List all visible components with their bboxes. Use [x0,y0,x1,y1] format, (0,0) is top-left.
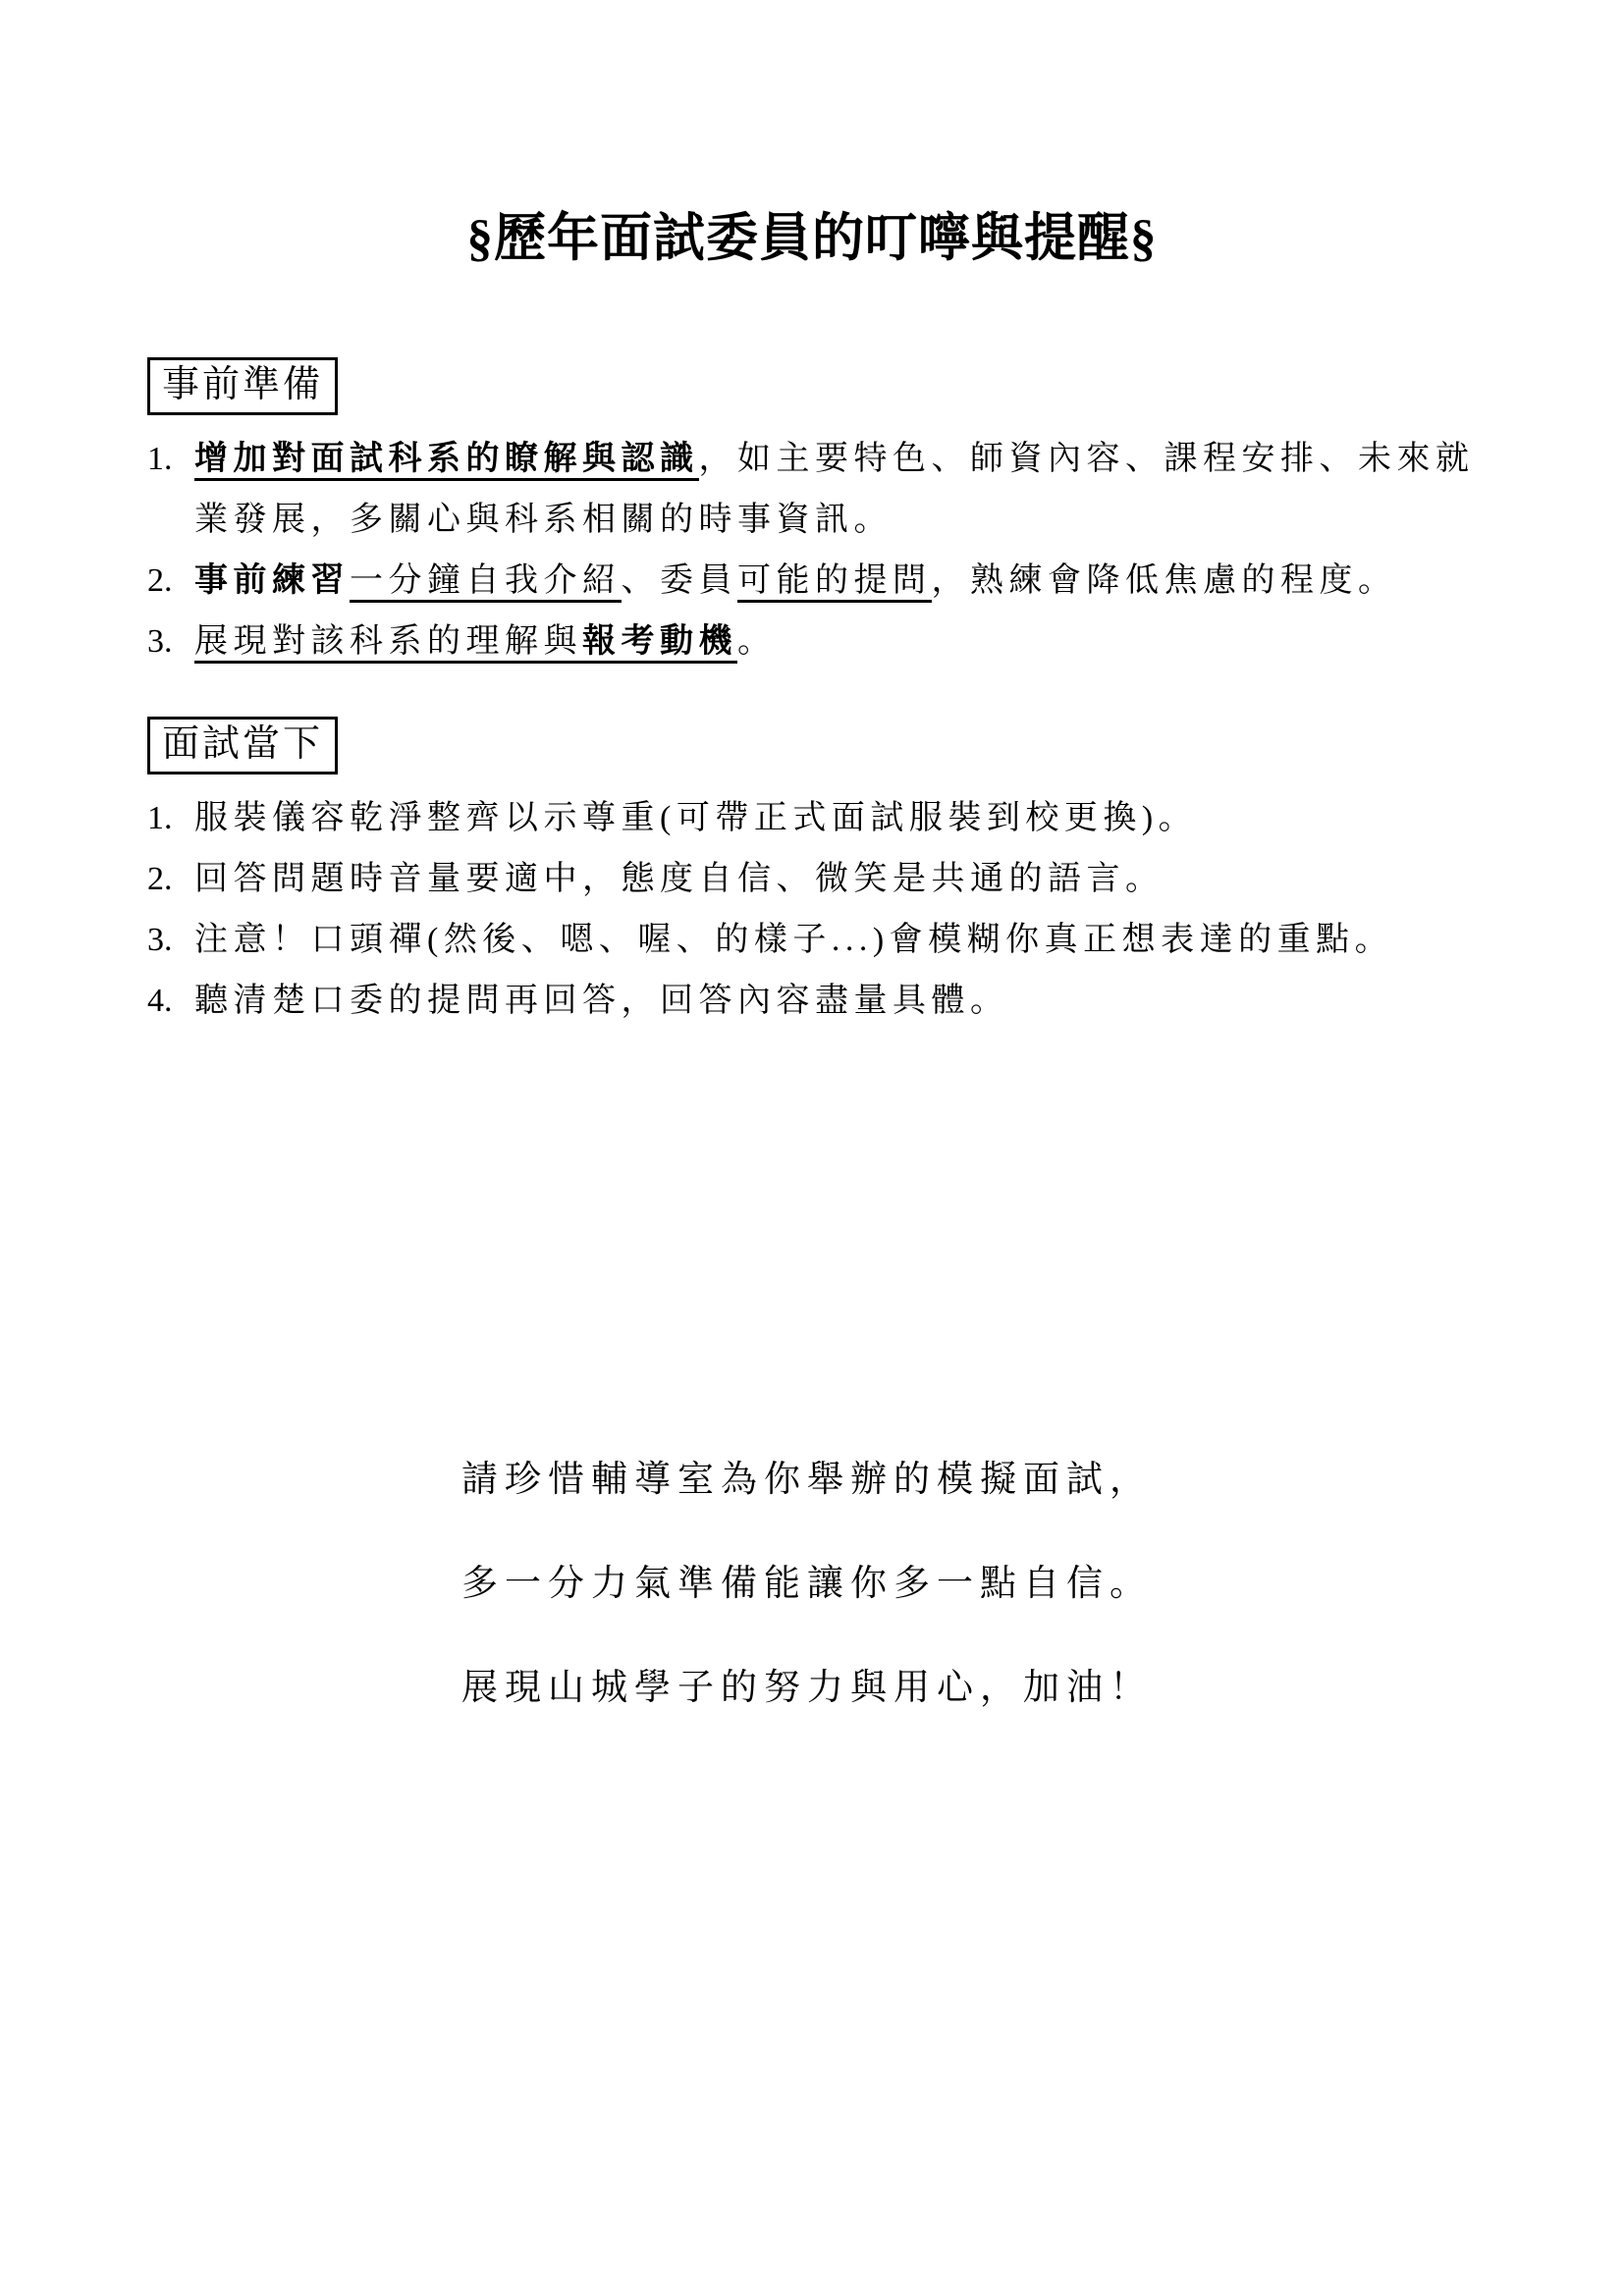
list-item: 2. 事前練習一分鐘自我介紹、委員可能的提問，熟練會降低焦慮的程度。 [147,551,1502,612]
item-number: 3. [147,910,173,971]
text-segment: 報考動機 [582,623,737,664]
closing-line: 請珍惜輔導室為你舉辦的模擬面試， [461,1428,1153,1532]
text-segment: 回答問題時音量要適中，態度自信、微笑是共通的語言。 [194,861,1164,897]
text-segment: 一分鐘自我介紹 [350,562,622,603]
text-segment: 、委員 [622,562,738,599]
section-heading-label: 事前準備 [162,364,323,405]
closing-line: 展現山城學子的努力與用心，加油！ [461,1636,1153,1740]
item-number: 4. [147,971,173,1032]
item-number: 1. [147,788,173,849]
numbered-list: 1. 服裝儀容乾淨整齊以示尊重(可帶正式面試服裝到校更換)。 2. 回答問題時音… [147,788,1502,1032]
item-number: 2. [147,849,173,910]
text-segment: 展現對該科系的理解與 [194,623,582,664]
document-page: §歷年面試委員的叮嚀與提醒§ 事前準備 1. 增加對面試科系的瞭解與認識，如主要… [0,0,1624,2296]
section-during-interview: 面試當下 1. 服裝儀容乾淨整齊以示尊重(可帶正式面試服裝到校更換)。 2. 回… [147,717,1502,1032]
list-item: 4. 聽清楚口委的提問再回答，回答內容盡量具體。 [147,971,1502,1032]
text-segment: 聽清楚口委的提問再回答，回答內容盡量具體。 [194,983,1009,1019]
list-item: 1. 增加對面試科系的瞭解與認識，如主要特色、師資內容、課程安排、未來就業發展，… [147,429,1502,551]
text-segment: 。 [737,623,777,660]
list-item: 1. 服裝儀容乾淨整齊以示尊重(可帶正式面試服裝到校更換)。 [147,788,1502,849]
section-heading-box: 面試當下 [147,717,338,774]
text-segment: 可能的提問 [737,562,932,603]
list-item: 2. 回答問題時音量要適中，態度自信、微笑是共通的語言。 [147,849,1502,910]
section-heading-box: 事前準備 [147,357,338,415]
closing-block: 請珍惜輔導室為你舉辦的模擬面試， 多一分力氣準備能讓你多一點自信。 展現山城學子… [461,1428,1153,1740]
list-item: 3. 展現對該科系的理解與報考動機。 [147,612,1502,672]
page-title: §歷年面試委員的叮嚀與提醒§ [0,208,1624,271]
text-segment: ，熟練會降低焦慮的程度。 [932,562,1397,599]
text-segment: 服裝儀容乾淨整齊以示尊重(可帶正式面試服裝到校更換)。 [194,800,1197,836]
text-segment: 增加對面試科系的瞭解與認識 [194,441,699,481]
text-segment: 事前練習 [194,562,350,599]
text-segment: 注意！口頭禪(然後、嗯、喔、的樣子...)會模糊你真正想表達的重點。 [194,922,1393,958]
numbered-list: 1. 增加對面試科系的瞭解與認識，如主要特色、師資內容、課程安排、未來就業發展，… [147,429,1502,672]
list-item: 3. 注意！口頭禪(然後、嗯、喔、的樣子...)會模糊你真正想表達的重點。 [147,910,1502,971]
item-number: 3. [147,612,173,672]
item-number: 2. [147,551,173,612]
item-number: 1. [147,429,173,490]
closing-line: 多一分力氣準備能讓你多一點自信。 [461,1532,1153,1636]
section-heading-label: 面試當下 [162,723,323,765]
section-pre-interview: 事前準備 1. 增加對面試科系的瞭解與認識，如主要特色、師資內容、課程安排、未來… [147,357,1502,672]
